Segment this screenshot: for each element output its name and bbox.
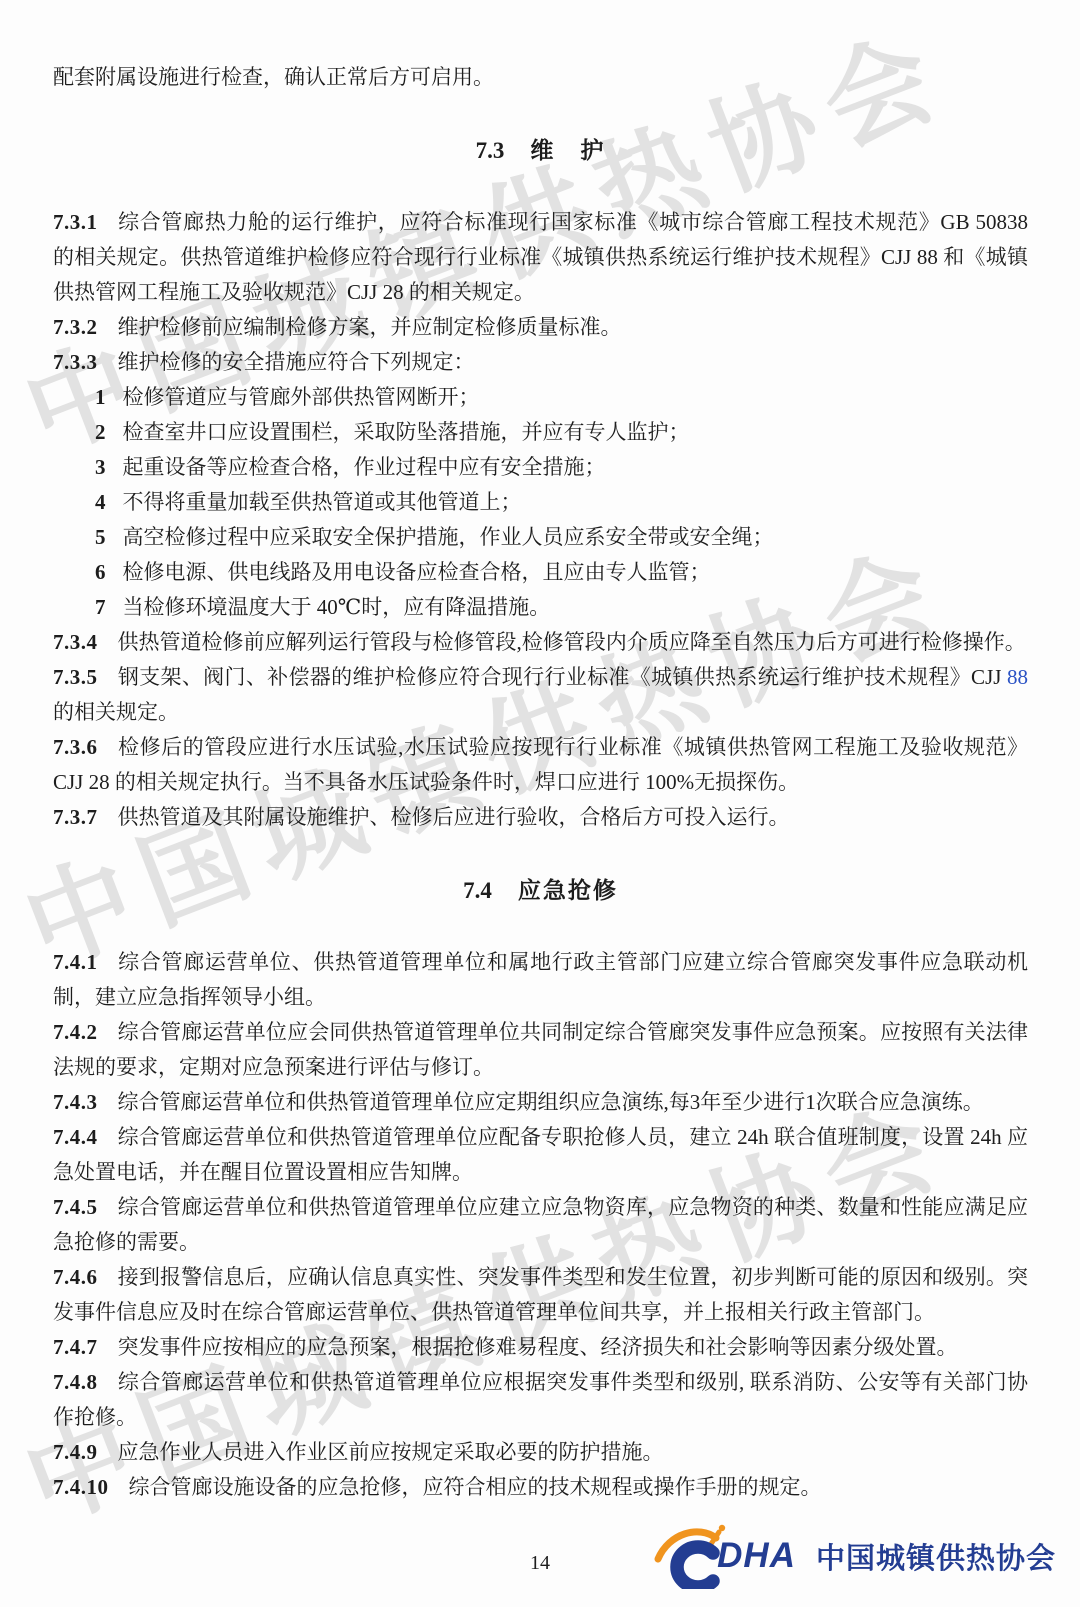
clause-number: 7.4.5 <box>53 1195 98 1219</box>
clause-7.4.6: 7.4.6接到报警信息后，应确认信息真实性、突发事件类型和发生位置，初步判断可能… <box>53 1260 1028 1330</box>
list-item-number: 1 <box>95 385 106 409</box>
clause-7.4.5: 7.4.5综合管廊运营单位和供热管道管理单位应建立应急物资库，应急物资的种类、数… <box>53 1190 1028 1260</box>
list-item-text: 不得将重量加载至供热管道或其他管道上； <box>123 490 522 514</box>
clause-7.3.3-item-3: 3起重设备等应检查合格，作业过程中应有安全措施； <box>53 450 1028 485</box>
clause-7.3.3-item-2: 2检查室井口应设置围栏，采取防坠落措施，并应有专人监护； <box>53 415 1028 450</box>
list-item-text: 检修管道应与管廊外部供热管网断开； <box>123 385 480 409</box>
clause-7.3.3-item-1: 1检修管道应与管廊外部供热管网断开； <box>53 380 1028 415</box>
document-content: 配套附属设施进行检查，确认正常后方可启用。 7.3维 护7.3.1综合管廊热力舱… <box>53 0 1028 1505</box>
clause-7.3.7: 7.3.7供热管道及其附属设施维护、检修后应进行验收，合格后方可投入运行。 <box>53 800 1028 835</box>
document-page: 中国城镇供热协会 中国城镇供热协会 中国城镇供热协会 配套附属设施进行检查，确认… <box>0 0 1080 1607</box>
list-item-text: 起重设备等应检查合格，作业过程中应有安全措施； <box>123 455 606 479</box>
standard-ref-link[interactable]: 88 <box>1007 665 1028 689</box>
clause-text: 应急作业人员进入作业区前应按规定采取必要的防护措施。 <box>118 1440 664 1464</box>
clause-text: 的相关规定。 <box>53 700 179 724</box>
clause-7.3.1: 7.3.1综合管廊热力舱的运行维护，应符合标准现行国家标准《城市综合管廊工程技术… <box>53 205 1028 310</box>
clause-number: 7.3.1 <box>53 210 98 234</box>
list-item-text: 检查室井口应设置围栏，采取防坠落措施，并应有专人监护； <box>123 420 690 444</box>
clause-7.3.3-item-7: 7当检修环境温度大于 40℃时，应有降温措施。 <box>53 590 1028 625</box>
clause-text: 接到报警信息后，应确认信息真实性、突发事件类型和发生位置，初步判断可能的原因和级… <box>53 1265 1028 1324</box>
list-item-text: 检修电源、供电线路及用电设备应检查合格，且应由专人监管； <box>123 560 711 584</box>
clause-text: 综合管廊运营单位和供热管道管理单位应建立应急物资库，应急物资的种类、数量和性能应… <box>53 1195 1028 1254</box>
clause-7.3.2: 7.3.2维护检修前应编制检修方案，并应制定检修质量标准。 <box>53 310 1028 345</box>
clause-7.4.3: 7.4.3综合管廊运营单位和供热管道管理单位应定期组织应急演练,每3年至少进行1… <box>53 1085 1028 1120</box>
clause-text: 突发事件应按相应的应急预案，根据抢修难易程度、经济损失和社会影响等因素分级处置。 <box>118 1335 958 1359</box>
section-number: 7.4 <box>463 878 492 903</box>
clause-number: 7.4.6 <box>53 1265 98 1289</box>
clause-7.3.5: 7.3.5钢支架、阀门、补偿器的维护检修应符合现行行业标准《城镇供热系统运行维护… <box>53 660 1028 730</box>
section-number: 7.3 <box>476 138 505 163</box>
clause-text: 综合管廊运营单位、供热管道管理单位和属地行政主管部门应建立综合管廊突发事件应急联… <box>53 950 1028 1009</box>
clause-number: 7.4.9 <box>53 1440 98 1464</box>
clause-text: 维护检修的安全措施应符合下列规定： <box>118 350 475 374</box>
clause-number: 7.4.4 <box>53 1125 98 1149</box>
clause-number: 7.4.7 <box>53 1335 98 1359</box>
clause-7.4.4: 7.4.4综合管廊运营单位和供热管道管理单位应配备专职抢修人员，建立 24h 联… <box>53 1120 1028 1190</box>
clause-number: 7.3.3 <box>53 350 98 374</box>
list-item-number: 2 <box>95 420 106 444</box>
section-heading-7.3: 7.3维 护 <box>53 133 1028 168</box>
clause-text: 维护检修前应编制检修方案，并应制定检修质量标准。 <box>118 315 622 339</box>
clause-number: 7.4.2 <box>53 1020 98 1044</box>
clause-7.3.3-item-4: 4不得将重量加载至供热管道或其他管道上； <box>53 485 1028 520</box>
section-title: 维 护 <box>530 138 605 163</box>
logo-abbr-text: DHA <box>717 1536 796 1576</box>
logo-association-name: 中国城镇供热协会 <box>816 1536 1056 1577</box>
clause-number: 7.3.5 <box>53 665 98 689</box>
clause-number: 7.3.4 <box>53 630 98 654</box>
list-item-number: 3 <box>95 455 106 479</box>
intro-paragraph: 配套附属设施进行检查，确认正常后方可启用。 <box>53 60 1028 95</box>
clause-number: 7.3.7 <box>53 805 98 829</box>
list-item-text: 高空检修过程中应采取安全保护措施，作业人员应系安全带或安全绳； <box>123 525 774 549</box>
clause-number: 7.3.6 <box>53 735 98 759</box>
clause-text: 钢支架、阀门、补偿器的维护检修应符合现行行业标准《城镇供热系统运行维护技术规程》… <box>118 665 1008 689</box>
list-item-number: 5 <box>95 525 106 549</box>
clause-number: 7.4.10 <box>53 1475 109 1499</box>
clause-7.4.10: 7.4.10综合管廊设施设备的应急抢修，应符合相应的技术规程或操作手册的规定。 <box>53 1470 1028 1505</box>
clause-text: 综合管廊运营单位和供热管道管理单位应定期组织应急演练,每3年至少进行1次联合应急… <box>118 1090 984 1114</box>
clause-text: 综合管廊热力舱的运行维护，应符合标准现行国家标准《城市综合管廊工程技术规范》GB… <box>53 210 1028 304</box>
clause-number: 7.4.1 <box>53 950 98 974</box>
clause-7.3.4: 7.3.4供热管道检修前应解列运行管段与检修管段,检修管段内介质应降至自然压力后… <box>53 625 1028 660</box>
sections-container: 7.3维 护7.3.1综合管廊热力舱的运行维护，应符合标准现行国家标准《城市综合… <box>53 133 1028 1505</box>
list-item-number: 4 <box>95 490 106 514</box>
clause-7.3.3-item-5: 5高空检修过程中应采取安全保护措施，作业人员应系安全带或安全绳； <box>53 520 1028 555</box>
list-item-number: 6 <box>95 560 106 584</box>
clause-7.4.8: 7.4.8综合管廊运营单位和供热管道管理单位应根据突发事件类型和级别, 联系消防… <box>53 1365 1028 1435</box>
section-title: 应急抢修 <box>518 878 618 903</box>
clause-text: 综合管廊设施设备的应急抢修，应符合相应的技术规程或操作手册的规定。 <box>129 1475 822 1499</box>
clause-7.3.3-item-6: 6检修电源、供电线路及用电设备应检查合格，且应由专人监管； <box>53 555 1028 590</box>
clause-7.4.7: 7.4.7突发事件应按相应的应急预案，根据抢修难易程度、经济损失和社会影响等因素… <box>53 1330 1028 1365</box>
clause-text: 综合管廊运营单位和供热管道管理单位应根据突发事件类型和级别, 联系消防、公安等有… <box>53 1370 1028 1429</box>
clause-7.4.2: 7.4.2综合管廊运营单位应会同供热管道管理单位共同制定综合管廊突发事件应急预案… <box>53 1015 1028 1085</box>
list-item-number: 7 <box>95 595 106 619</box>
clause-number: 7.3.2 <box>53 315 98 339</box>
clause-number: 7.4.3 <box>53 1090 98 1114</box>
clause-text: 供热管道检修前应解列运行管段与检修管段,检修管段内介质应降至自然压力后方可进行检… <box>118 630 1026 654</box>
section-heading-7.4: 7.4应急抢修 <box>53 873 1028 908</box>
clause-7.3.3: 7.3.3维护检修的安全措施应符合下列规定： <box>53 345 1028 380</box>
list-item-text: 当检修环境温度大于 40℃时，应有降温措施。 <box>123 595 551 619</box>
association-logo: DHA 中国城镇供热协会 <box>653 1523 1056 1589</box>
clause-number: 7.4.8 <box>53 1370 98 1394</box>
clause-text: 检修后的管段应进行水压试验,水压试验应按现行行业标准《城镇供热管网工程施工及验收… <box>53 735 1028 794</box>
clause-7.4.9: 7.4.9应急作业人员进入作业区前应按规定采取必要的防护措施。 <box>53 1435 1028 1470</box>
clause-text: 综合管廊运营单位和供热管道管理单位应配备专职抢修人员，建立 24h 联合值班制度… <box>53 1125 1028 1184</box>
clause-7.3.6: 7.3.6检修后的管段应进行水压试验,水压试验应按现行行业标准《城镇供热管网工程… <box>53 730 1028 800</box>
clause-7.4.1: 7.4.1综合管廊运营单位、供热管道管理单位和属地行政主管部门应建立综合管廊突发… <box>53 945 1028 1015</box>
clause-text: 综合管廊运营单位应会同供热管道管理单位共同制定综合管廊突发事件应急预案。应按照有… <box>53 1020 1028 1079</box>
clause-text: 供热管道及其附属设施维护、检修后应进行验收，合格后方可投入运行。 <box>118 805 790 829</box>
